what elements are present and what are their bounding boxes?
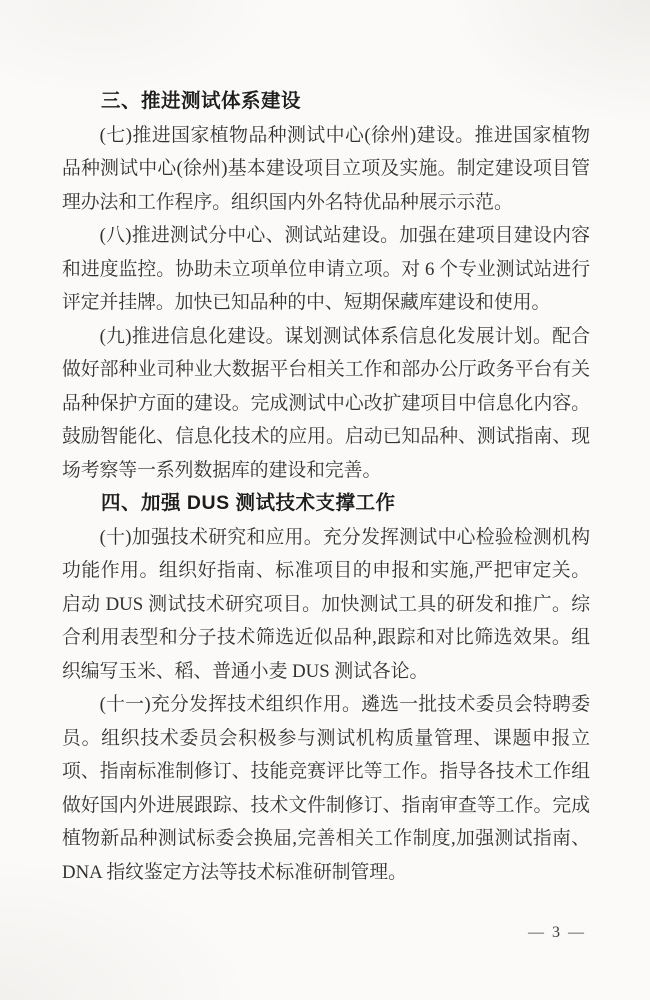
paragraph-item-7: (七)推进国家植物品种测试中心(徐州)建设。推进国家植物品种测试中心(徐州)基本… [62,119,590,220]
document-body: 三、推进测试体系建设 (七)推进国家植物品种测试中心(徐州)建设。推进国家植物品… [62,85,590,889]
paragraph-item-10: (十)加强技术研究和应用。充分发挥测试中心检验检测机构功能作用。组织好指南、标准… [62,521,590,689]
paragraph-item-11: (十一)充分发挥技术组织作用。遴选一批技术委员会特聘委员。组织技术委员会积极参与… [62,688,590,889]
paragraph-item-8: (八)推进测试分中心、测试站建设。加强在建项目建设内容和进度监控。协助未立项单位… [62,219,590,320]
scanned-document-page: 三、推进测试体系建设 (七)推进国家植物品种测试中心(徐州)建设。推进国家植物品… [0,0,650,1000]
page-number: — 3 — [528,924,586,942]
section-heading-4: 四、加强 DUS 测试技术支撑工作 [62,487,590,521]
section-heading-3: 三、推进测试体系建设 [62,85,590,119]
paragraph-item-9: (九)推进信息化建设。谋划测试体系信息化发展计划。配合做好部种业司种业大数据平台… [62,320,590,488]
